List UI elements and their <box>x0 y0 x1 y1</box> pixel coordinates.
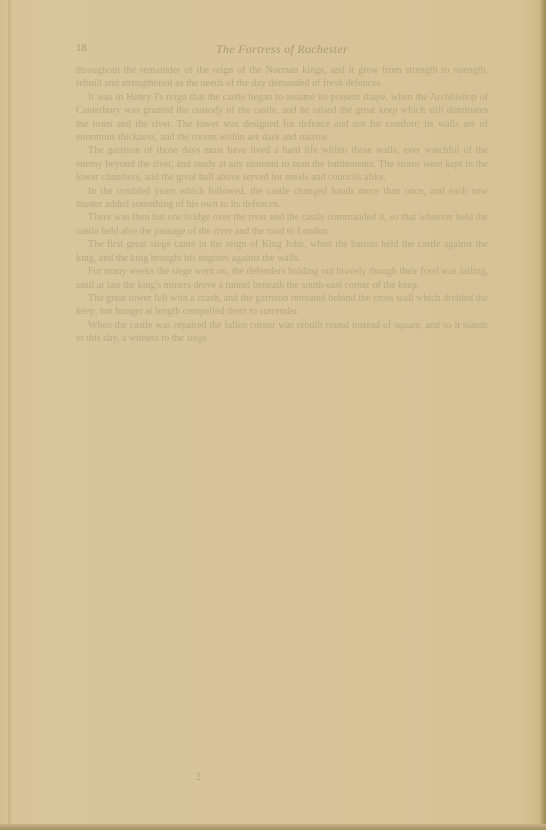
paragraph: It was in Henry I's reign that the castl… <box>76 91 488 145</box>
paragraph: The first great siege came in the reign … <box>76 238 488 265</box>
body-text: throughout the remainder of the reign of… <box>76 64 488 346</box>
paragraph: For many weeks the siege went on, the de… <box>76 265 488 292</box>
signature-mark: 2 <box>196 772 201 783</box>
running-header: 18 The Fortress of Rochester <box>76 42 488 58</box>
paragraph: When the castle was repaired the fallen … <box>76 319 488 346</box>
page-gutter <box>8 0 11 830</box>
paragraph: There was then but one bridge over the r… <box>76 211 488 238</box>
paragraph: The garrison of those days must have liv… <box>76 144 488 184</box>
running-title: The Fortress of Rochester <box>76 42 488 57</box>
paragraph: In the troubled years which followed, th… <box>76 185 488 212</box>
paragraph: The great tower fell with a crash, and t… <box>76 292 488 319</box>
paragraph: throughout the remainder of the reign of… <box>76 64 488 91</box>
page-edge-right <box>540 0 546 830</box>
page-edge-bottom <box>0 824 546 830</box>
book-page: 18 The Fortress of Rochester throughout … <box>0 0 546 830</box>
